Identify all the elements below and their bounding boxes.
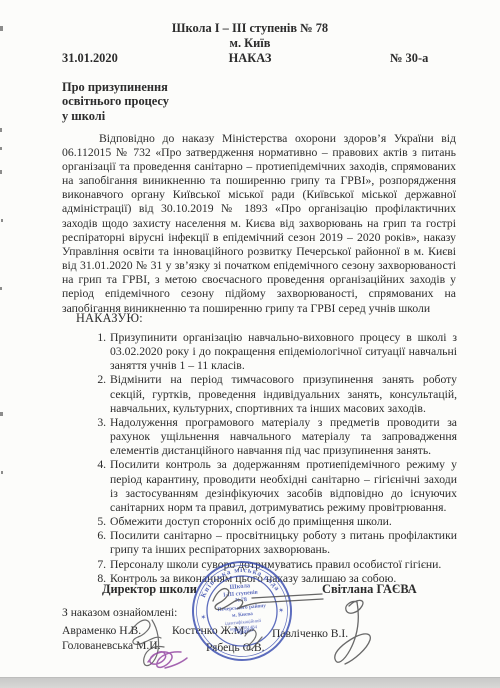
stamp-star-left: ✶ — [200, 613, 207, 621]
director-title: Директор школи — [102, 582, 197, 597]
director-name: Світлана ГАЄВА — [322, 582, 417, 597]
order-item: Обмежити доступ сторонніх осіб до приміщ… — [109, 515, 457, 529]
subject-line-3: у школі — [62, 109, 169, 123]
stamp-line-city: м. Києва — [232, 611, 254, 619]
order-item: Призупинити організацію навчально-виховн… — [109, 331, 457, 373]
scan-artifact — [0, 287, 2, 290]
school-name: Школа І – ІІІ ступенів № 78 — [0, 21, 500, 36]
director-signature — [213, 589, 323, 610]
preamble-paragraph: Відповідно до наказу Міністерства охорон… — [62, 132, 456, 316]
order-number: № 30-а — [390, 51, 428, 66]
ack-name-riabets: Рябець О.В. — [206, 641, 265, 654]
order-subject: Про призупинення освітнього процесу у шк… — [62, 80, 169, 123]
order-item: Надолуження програмового матеріалу з пре… — [109, 416, 457, 458]
ack-name-holovanevska: Голованевська М.И. — [62, 639, 161, 652]
order-items: Призупинити організацію навчально-виховн… — [62, 331, 457, 586]
scan-artifact — [0, 147, 2, 150]
scan-edge-strip — [0, 677, 500, 688]
subject-line-1: Про призупинення — [62, 80, 169, 94]
ack-name-kostenko: Костенко Ж.М. — [172, 624, 247, 637]
city: м. Київ — [0, 36, 500, 51]
order-word: НАКАЗУЮ: — [76, 311, 143, 326]
stamp-line-number: №78 — [235, 597, 247, 604]
scan-artifact — [0, 128, 2, 132]
scan-artifact — [0, 170, 2, 174]
stamp-line-grades: І-ІІІ ступенів — [223, 590, 258, 599]
stamp-star-right: ✶ — [278, 606, 285, 614]
order-item: Посилити санітарно – просвітницьку робот… — [109, 529, 457, 557]
stamp-line-district: Печерського району — [217, 602, 266, 613]
subject-line-2: освітнього процесу — [62, 94, 169, 108]
acknowledgement-label: З наказом ознайомлені: — [62, 606, 177, 619]
scanned-order-document: Школа І – ІІІ ступенів № 78 м. Київ 31.0… — [0, 0, 500, 688]
scan-artifact — [1, 471, 3, 474]
ack-name-pavlichenko: Павліченко В.І. — [272, 627, 348, 640]
scan-artifact — [0, 26, 3, 31]
holovanevska-signature — [148, 652, 187, 668]
scan-artifact — [0, 412, 3, 416]
order-items-list: Призупинити організацію навчально-виховн… — [62, 331, 457, 586]
ack-name-avramenko: Авраменко Н.В. — [62, 624, 141, 637]
order-item: Персоналу школи суворо дотримуватись пра… — [109, 558, 457, 572]
scan-artifact — [1, 219, 3, 222]
order-item: Посилити контроль за додержанням протиеп… — [109, 458, 457, 515]
order-item: Відмінити на період тимчасового призупин… — [109, 373, 457, 415]
